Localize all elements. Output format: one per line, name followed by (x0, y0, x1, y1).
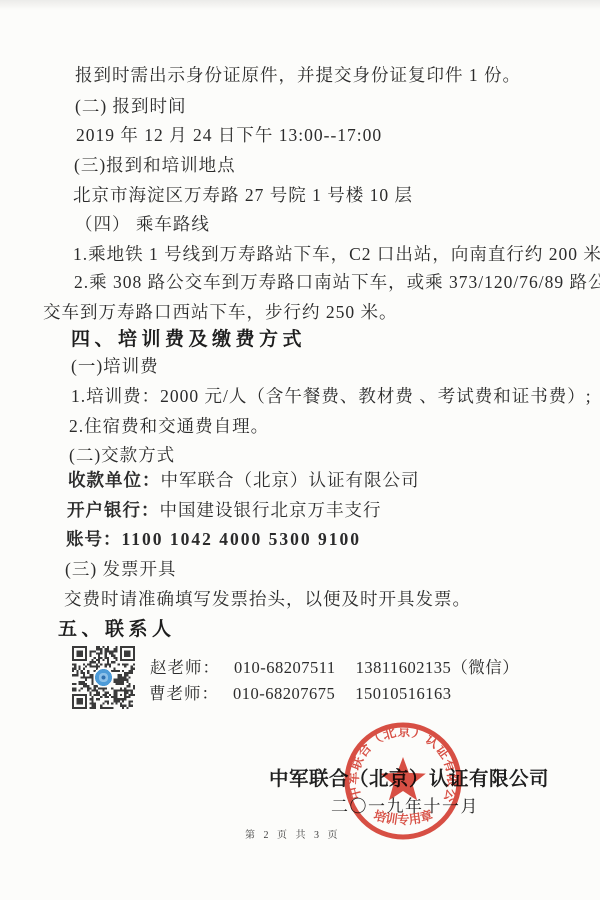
body-line: 2.乘 308 路公交车到万寿路口南站下车，或乘 373/120/76/89 路… (74, 269, 600, 294)
account-number: 1100 1042 4000 5300 9100 (122, 529, 362, 549)
section-heading-contacts: 五、联系人 (58, 614, 176, 641)
bank-label: 开户银行： (67, 500, 160, 520)
contact-row: 曹老师：010-6820767515010516163 (149, 680, 452, 704)
qr-code-icon (72, 646, 135, 709)
document-page: 报到时需出示身份证原件，并提交身份证复印件 1 份。 (二) 报到时间 2019… (0, 0, 600, 900)
body-line: (二) 报到时间 (75, 93, 187, 118)
contact-name: 赵老师： (150, 658, 220, 677)
body-line: 1.培训费：2000 元/人（含午餐费、教材费 、考试费和证书费）; (71, 383, 592, 408)
body-line: 北京市海淀区万寿路 27 号院 1 号楼 10 层 (73, 182, 413, 207)
page-number: 第 2 页 共 3 页 (245, 826, 341, 841)
body-line: 1.乘地铁 1 号线到万寿路站下车，C2 口出站，向南直行约 200 米。 (73, 241, 600, 266)
body-line: 2.住宿费和交通费自理。 (69, 413, 269, 438)
body-line: 报到时需出示身份证原件，并提交身份证复印件 1 份。 (75, 62, 521, 87)
section-heading-fees: 四、培训费及缴费方式 (71, 324, 306, 351)
payment-bank-line: 开户银行：中国建设银行北京万丰支行 (67, 497, 382, 522)
body-line: (二)交款方式 (69, 442, 175, 467)
contact-phone: 010-68207675 (233, 684, 335, 703)
body-line: 交车到万寿路口西站下车，步行约 250 米。 (43, 299, 398, 324)
payment-payee-line: 收款单位：中军联合（北京）认证有限公司 (68, 467, 420, 492)
payee-label: 收款单位： (68, 470, 161, 490)
scan-edge (0, 0, 600, 10)
body-line: 交费时请准确填写发票抬头，以便及时开具发票。 (64, 586, 471, 611)
payee-value: 中军联合（北京）认证有限公司 (161, 470, 420, 490)
body-line: (三)报到和培训地点 (74, 152, 236, 177)
contact-phone: 010-68207511 (234, 658, 336, 677)
contact-row: 赵老师：010-6820751113811602135（微信） (150, 654, 519, 678)
signature-company: 中军联合（北京）认证有限公司 (269, 763, 549, 791)
body-line: （四） 乘车路线 (75, 211, 210, 236)
contact-name: 曹老师： (149, 684, 219, 703)
signature-date: 二〇一九年十一月 (331, 792, 479, 817)
contact-mobile: 15010516163 (355, 684, 451, 703)
payment-account-line: 账号：1100 1042 4000 5300 9100 (66, 526, 361, 551)
body-line: (三) 发票开具 (65, 556, 177, 581)
bank-value: 中国建设银行北京万丰支行 (160, 500, 382, 520)
account-label: 账号： (66, 529, 122, 549)
contact-mobile: 13811602135（微信） (356, 658, 520, 677)
body-line: 2019 年 12 月 24 日下午 13:00--17:00 (76, 122, 382, 147)
body-line: (一)培训费 (71, 353, 159, 378)
